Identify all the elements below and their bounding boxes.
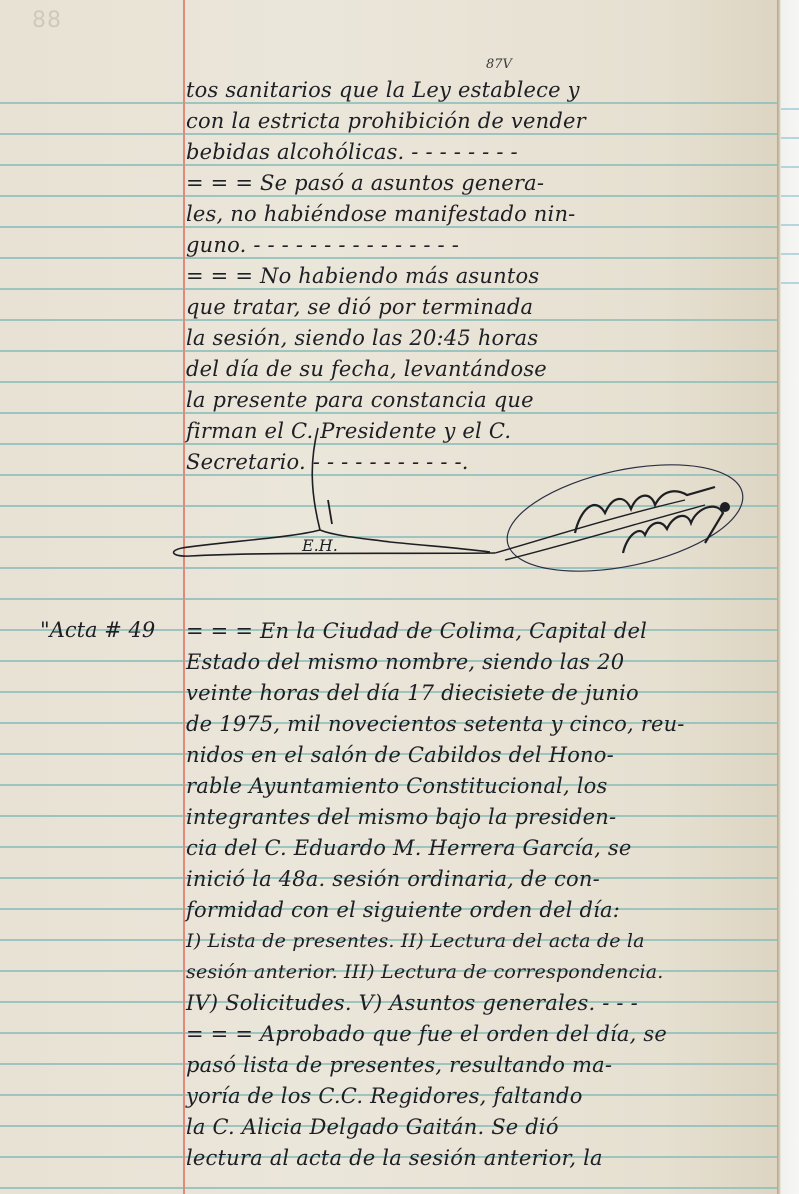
folio-number: 87V bbox=[486, 57, 512, 72]
edge-ruled-line bbox=[781, 282, 799, 284]
text-line: que tratar, se dió por terminada bbox=[186, 292, 533, 323]
underlying-page-edge bbox=[777, 0, 799, 1194]
text-line: nidos en el salón de Cabildos del Hono- bbox=[186, 740, 614, 771]
ghost-page-number: 88 bbox=[32, 8, 62, 33]
text-line: Estado del mismo nombre, siendo las 20 bbox=[186, 647, 624, 678]
secretary-signature bbox=[455, 455, 755, 585]
ruled-line bbox=[0, 598, 779, 600]
acta-label: "Acta # 49 bbox=[40, 615, 155, 646]
text-line: con la estricta prohibición de vender bbox=[186, 106, 586, 137]
text-line: les, no habiéndose manifestado nin- bbox=[186, 199, 575, 230]
text-line: = = = Se pasó a asuntos genera- bbox=[186, 168, 544, 199]
text-line: del día de su fecha, levantándose bbox=[186, 354, 547, 385]
text-line: lectura al acta de la sesión anterior, l… bbox=[186, 1143, 603, 1174]
text-line: = = = No habiendo más asuntos bbox=[186, 261, 539, 292]
edge-ruled-line bbox=[781, 253, 799, 255]
text-line: la C. Alicia Delgado Gaitán. Se dió bbox=[186, 1112, 559, 1143]
text-line: inició la 48a. sesión ordinaria, de con- bbox=[186, 864, 600, 895]
margin-line bbox=[183, 0, 185, 1194]
text-line: sesión anterior. III) Lectura de corresp… bbox=[186, 957, 664, 988]
text-line: IV) Solicitudes. V) Asuntos generales. -… bbox=[186, 988, 638, 1019]
edge-ruled-line bbox=[781, 224, 799, 226]
text-line: la sesión, siendo las 20:45 horas bbox=[186, 323, 538, 354]
text-line: integrantes del mismo bajo la presiden- bbox=[186, 802, 616, 833]
text-line: la presente para constancia que bbox=[186, 385, 534, 416]
ledger-page: 88 87V tos sanitarios que la Ley estable… bbox=[0, 0, 779, 1194]
text-line: de 1975, mil novecientos setenta y cinco… bbox=[186, 709, 685, 740]
edge-ruled-line bbox=[781, 108, 799, 110]
text-line: = = = En la Ciudad de Colima, Capital de… bbox=[186, 616, 647, 647]
text-line: yoría de los C.C. Regidores, faltando bbox=[186, 1081, 583, 1112]
ruled-line bbox=[0, 1187, 779, 1189]
text-line: formidad con el siguiente orden del día: bbox=[186, 895, 620, 926]
text-line: pasó lista de presentes, resultando ma- bbox=[186, 1050, 612, 1081]
edge-ruled-line bbox=[781, 195, 799, 197]
text-line: I) Lista de presentes. II) Lectura del a… bbox=[186, 926, 645, 957]
edge-ruled-line bbox=[781, 137, 799, 139]
text-line: bebidas alcohólicas. - - - - - - - - bbox=[186, 137, 518, 168]
svg-text:E.H.: E.H. bbox=[301, 536, 338, 555]
text-line: = = = Aprobado que fue el orden del día,… bbox=[186, 1019, 667, 1050]
text-line: veinte horas del día 17 diecisiete de ju… bbox=[186, 678, 639, 709]
edge-ruled-line bbox=[781, 166, 799, 168]
text-line: rable Ayuntamiento Constitucional, los bbox=[186, 771, 607, 802]
text-line: tos sanitarios que la Ley establece y bbox=[186, 75, 580, 106]
text-line: guno. - - - - - - - - - - - - - - - bbox=[186, 230, 459, 261]
text-line: cia del C. Eduardo M. Herrera García, se bbox=[186, 833, 631, 864]
